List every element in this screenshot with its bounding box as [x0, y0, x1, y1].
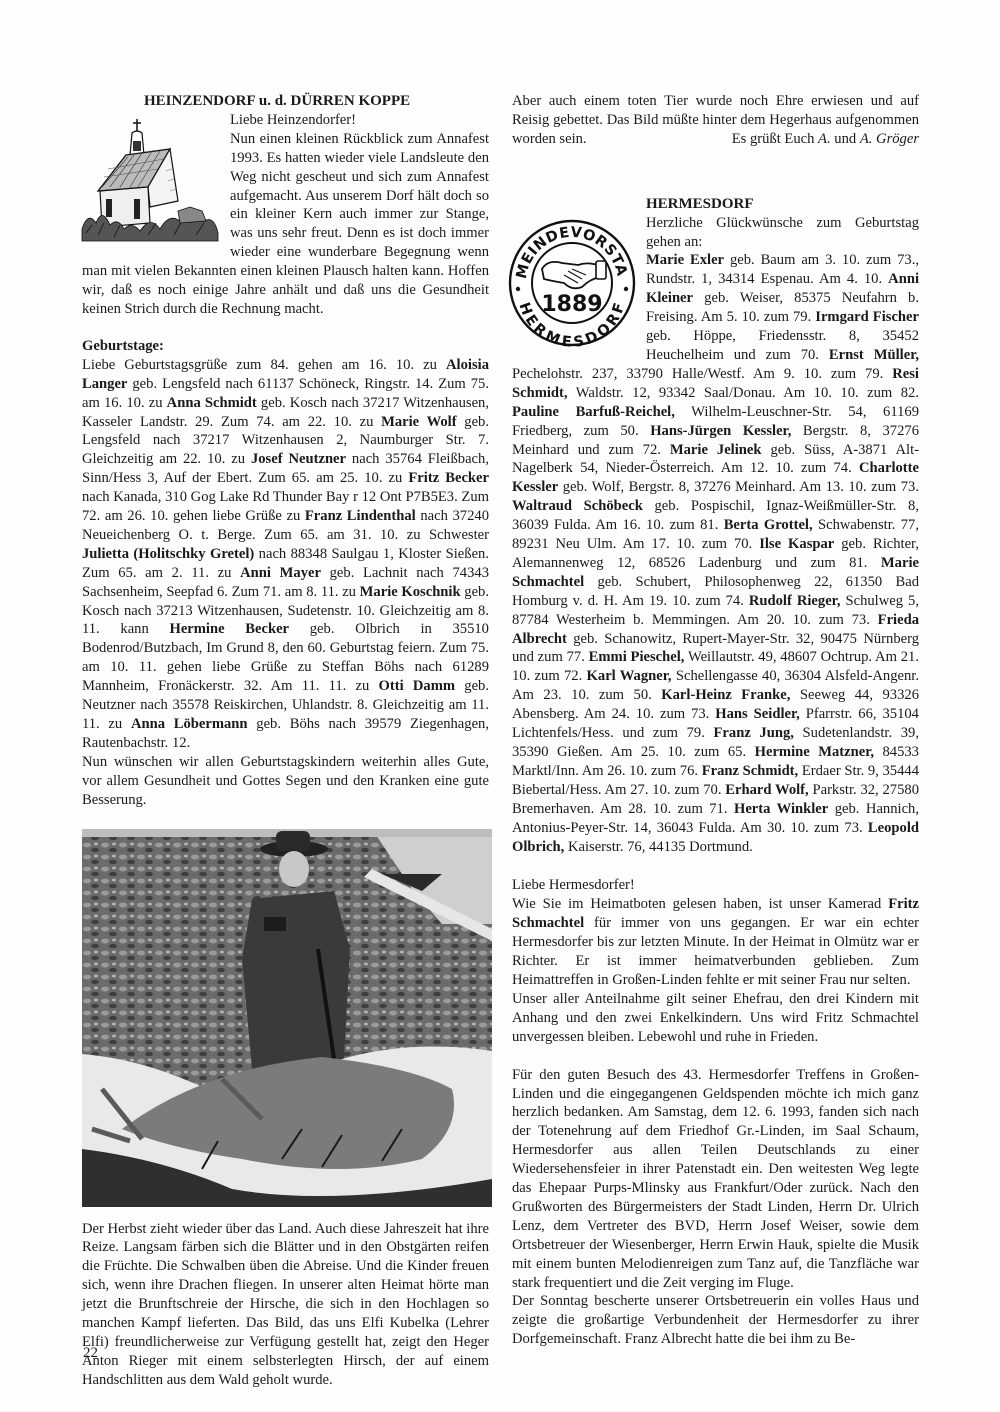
- person-name: Franz Schmidt,: [702, 763, 798, 779]
- person-name: Berta Grottel,: [724, 517, 813, 533]
- person-name: Karl Wagner,: [587, 668, 672, 684]
- chapel-illustration: [78, 111, 226, 246]
- meeting-report-section: Für den guten Besuch des 43. Hermesdorfe…: [512, 1066, 919, 1350]
- person-name: Hermine Matzner,: [755, 744, 874, 760]
- person-name: Hans Seidler,: [715, 706, 799, 722]
- signoff: Es grüßt Euch A. und A. Gröger: [732, 130, 919, 149]
- chapel-icon: [78, 111, 226, 246]
- person-name: Irmgard Fischer: [815, 309, 919, 325]
- person-name: Otti Damm: [379, 678, 456, 694]
- obituary-text: Wie Sie im Heimatboten gelesen haben, is…: [512, 895, 919, 990]
- person-name: Franz Jung,: [714, 725, 794, 741]
- meeting-report-paragraph-1: Für den guten Besuch des 43. Hermesdorfe…: [512, 1066, 919, 1293]
- person-name: Anna Löbermann: [131, 716, 248, 732]
- person-name: Fritz Becker: [408, 470, 489, 486]
- person-name: Hermine Becker: [169, 621, 289, 637]
- person-name: Ilse Kaspar: [759, 536, 834, 552]
- heinzendorf-section: HEINZENDORF u. d. DÜRREN KOPPE: [82, 92, 489, 319]
- person-name: Franz Lindenthal: [305, 508, 416, 524]
- heinzendorf-heading: HEINZENDORF u. d. DÜRREN KOPPE: [144, 92, 489, 111]
- person-name: Anna Schmidt: [167, 395, 257, 411]
- person-name: Rudolf Rieger,: [749, 593, 841, 609]
- text-run: Waldstr. 12, 93342 Saal/Donau. Am 10. 10…: [568, 385, 919, 401]
- person-name: Marie Exler: [646, 252, 724, 268]
- person-name: Waltraud Schöbeck: [512, 498, 643, 514]
- document-page: HEINZENDORF u. d. DÜRREN KOPPE: [0, 0, 1000, 1412]
- person-name: Josef Neutzner: [251, 451, 346, 467]
- photo-image: [82, 829, 492, 1207]
- obituary-section: Liebe Hermesdorfer! Wie Sie im Heimatbot…: [512, 876, 919, 1046]
- signoff-and: und: [831, 131, 860, 147]
- hermesdorf-section: GEMEINDEVORSTAND HERMESDORF 1889 HERMESD…: [512, 195, 919, 857]
- person-name: Erhard Wolf,: [725, 782, 808, 798]
- page-number: 22: [83, 1345, 98, 1362]
- obituary-greeting: Liebe Hermesdorfer!: [512, 876, 919, 895]
- meeting-report-paragraph-2: Der Sonntag bescherte unserer Ortsbetreu…: [512, 1292, 919, 1349]
- person-name: Julietta (Holitschky Gretel): [82, 546, 254, 562]
- text-run: geb. Wolf, Bergstr. 8, 37276 Meinhard. A…: [558, 479, 919, 495]
- signoff-name-2: A. Gröger: [860, 131, 919, 147]
- hunter-photo: [82, 829, 492, 1207]
- birthdays-text: Liebe Geburtstagsgrüße zum 84. gehen am …: [82, 356, 489, 753]
- right-column: Aber auch einem toten Tier wurde noch Eh…: [512, 92, 919, 1349]
- person-name: Marie Jelinek: [670, 442, 762, 458]
- heinzendorf-birthdays: Geburtstage: Liebe Geburtstagsgrüße zum …: [82, 337, 489, 810]
- birthdays-closing: Nun wünschen wir allen Geburtstagskinder…: [82, 753, 489, 810]
- signoff-name-1: A.: [818, 131, 831, 147]
- signoff-prefix: Es grüßt Euch: [732, 131, 818, 147]
- text-run: Pechelohstr. 237, 33790 Halle/Westf. Am …: [512, 366, 892, 382]
- person-name: Marie Koschnik: [360, 584, 461, 600]
- person-name: Karl-Heinz Franke,: [661, 687, 790, 703]
- person-name: Marie Wolf: [381, 414, 457, 430]
- seal-icon: GEMEINDEVORSTAND HERMESDORF 1889: [506, 217, 638, 349]
- hermesdorf-heading: HERMESDORF: [512, 195, 919, 214]
- gemeindevorstand-seal: GEMEINDEVORSTAND HERMESDORF 1889: [506, 217, 638, 349]
- text-run: Liebe Geburtstagsgrüße zum 84. gehen am …: [82, 357, 446, 373]
- obituary-condolence: Unser aller Anteilnahme gilt seiner Ehef…: [512, 990, 919, 1047]
- person-name: Hans-Jürgen Kessler,: [650, 423, 791, 439]
- person-name: Pauline Barfuß-Reichel,: [512, 404, 675, 420]
- person-name: Emmi Pieschel,: [589, 649, 685, 665]
- birthdays-heading: Geburtstage:: [82, 337, 489, 356]
- left-column: HEINZENDORF u. d. DÜRREN KOPPE: [82, 92, 489, 1390]
- person-name: Anni Mayer: [240, 565, 321, 581]
- autumn-text: Der Herbst zieht wieder über das Land. A…: [82, 1220, 489, 1390]
- text-run: Kaiserstr. 76, 44135 Dortmund.: [564, 839, 753, 855]
- svg-text:1889: 1889: [541, 292, 602, 317]
- person-name: Ernst Müller,: [829, 347, 919, 363]
- person-name: Herta Winkler: [734, 801, 828, 817]
- text-run: Wie Sie im Heimatboten gelesen haben, is…: [512, 896, 888, 912]
